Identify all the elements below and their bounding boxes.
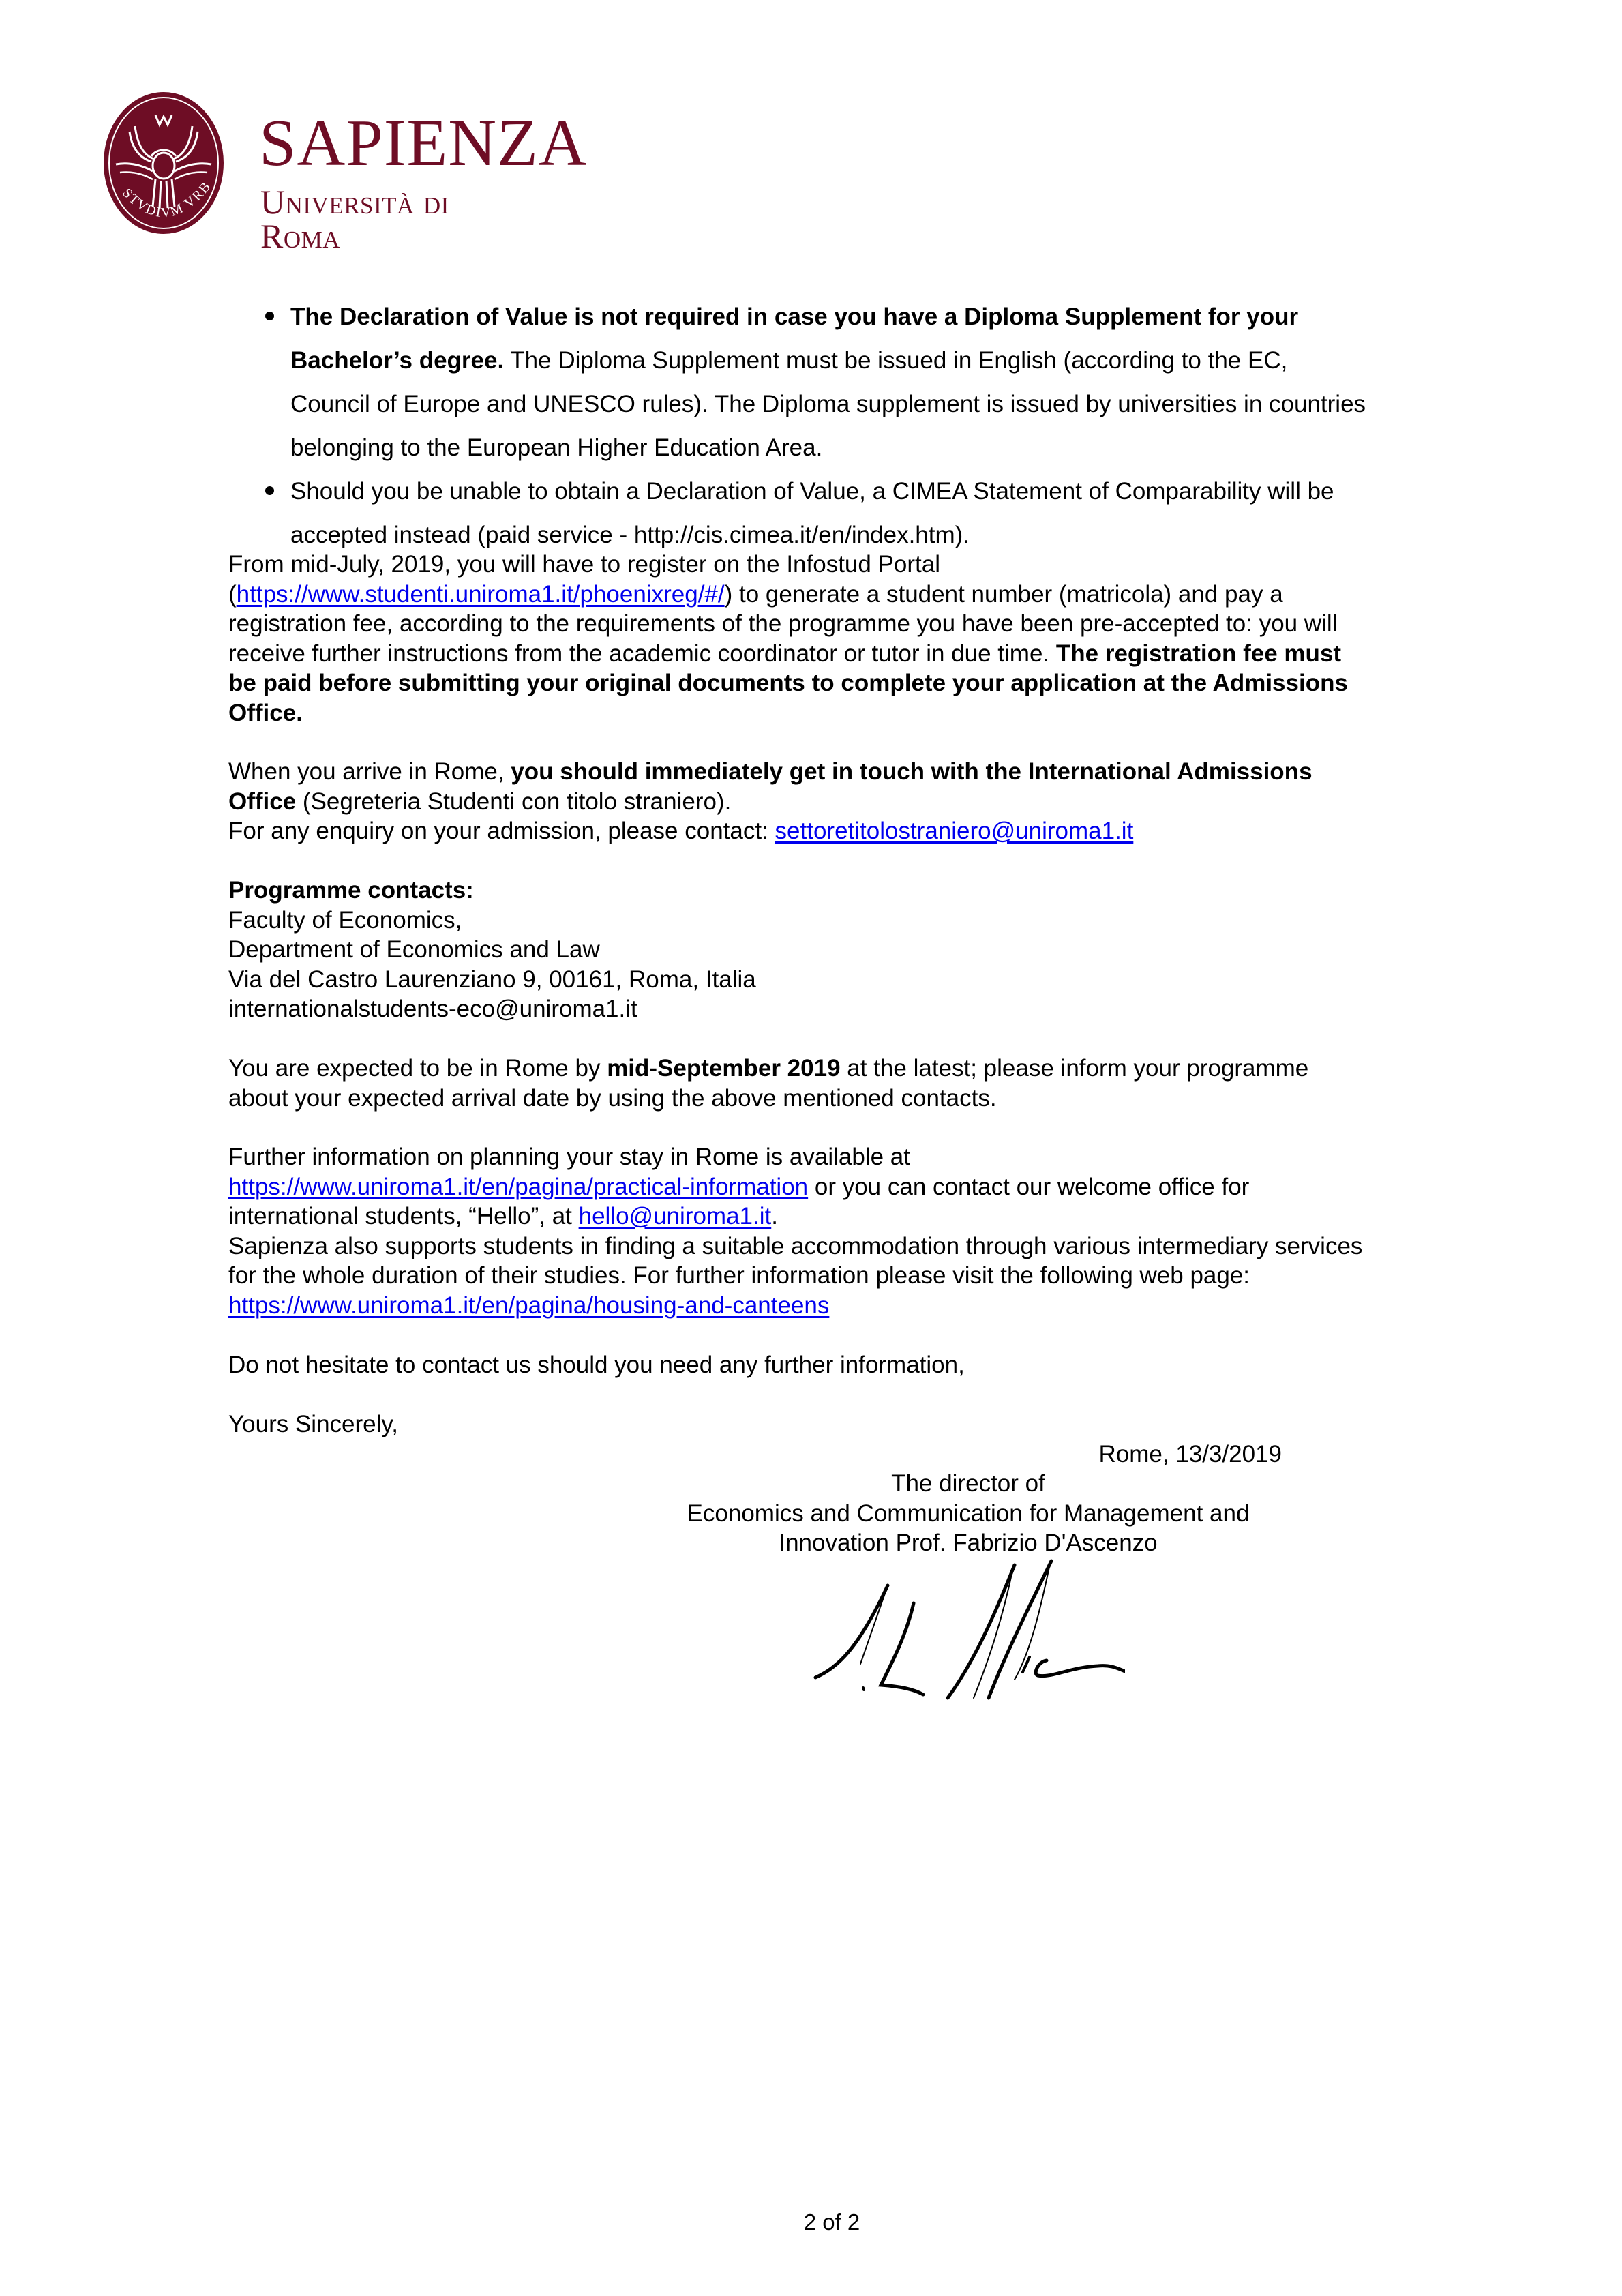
closing-hesitate: Do not hesitate to contact us should you… <box>228 1350 965 1380</box>
registration-line: receive further instructions from the ac… <box>228 639 1348 669</box>
further-info-paragraph: Further information on planning your sta… <box>228 1142 1362 1320</box>
programme-contacts: Programme contacts: Faculty of Economics… <box>228 876 756 1024</box>
practical-information-link[interactable]: https://www.uniroma1.it/en/pagina/practi… <box>228 1174 808 1200</box>
bullet-icon <box>265 486 274 495</box>
contact-line: Department of Economics and Law <box>228 935 756 965</box>
sapienza-logo: STVDIVM VRBIS SAPIENZA Università di Rom… <box>102 91 525 237</box>
page-number: 2 of 2 <box>682 2209 982 2235</box>
bullet-icon <box>265 312 274 320</box>
contact-line: Faculty of Economics, <box>228 906 756 936</box>
brand-name: SAPIENZA <box>259 110 588 177</box>
arrival-paragraph: When you arrive in Rome, you should imme… <box>228 757 1312 846</box>
expected-arrival-paragraph: You are expected to be in Rome by mid-Se… <box>228 1054 1308 1113</box>
list-item-continuation: Bachelor’s degree. The Diploma Supplemen… <box>261 339 1366 383</box>
list-item: Should you be unable to obtain a Declara… <box>261 470 1366 513</box>
registration-line: be paid before submitting your original … <box>228 668 1348 698</box>
registration-line: Office. <box>228 698 1348 728</box>
university-seal-icon: STVDIVM VRBIS <box>102 91 225 235</box>
contacts-heading: Programme contacts: <box>228 876 756 906</box>
place-date: Rome, 13/3/2019 <box>886 1440 1282 1470</box>
director-block: The director of Economics and Communicat… <box>627 1469 1309 1558</box>
housing-canteens-link[interactable]: https://www.uniroma1.it/en/pagina/housin… <box>228 1292 829 1319</box>
contact-email: internationalstudents-eco@uniroma1.it <box>228 994 756 1024</box>
contact-line: Via del Castro Laurenziano 9, 00161, Rom… <box>228 965 756 995</box>
list-item-continuation: Council of Europe and UNESCO rules). The… <box>261 383 1366 426</box>
closing-sincerely: Yours Sincerely, <box>228 1410 398 1440</box>
infostud-portal-link[interactable]: https://www.studenti.uniroma1.it/phoenix… <box>237 581 725 608</box>
brand-subtitle: Università di Roma <box>260 185 525 253</box>
registration-line: From mid-July, 2019, you will have to re… <box>228 550 1348 580</box>
hello-email-link[interactable]: hello@uniroma1.it <box>579 1203 772 1229</box>
list-item-continuation: belonging to the European Higher Educati… <box>261 426 1366 470</box>
registration-paragraph: From mid-July, 2019, you will have to re… <box>228 550 1348 728</box>
list-item: The Declaration of Value is not required… <box>261 295 1366 339</box>
requirements-list: The Declaration of Value is not required… <box>261 295 1366 557</box>
registration-line: (https://www.studenti.uniroma1.it/phoeni… <box>228 580 1348 610</box>
registration-line: registration fee, according to the requi… <box>228 609 1348 639</box>
admissions-email-link[interactable]: settoretitolostraniero@uniroma1.it <box>775 818 1134 844</box>
handwritten-signature-icon <box>798 1558 1125 1701</box>
